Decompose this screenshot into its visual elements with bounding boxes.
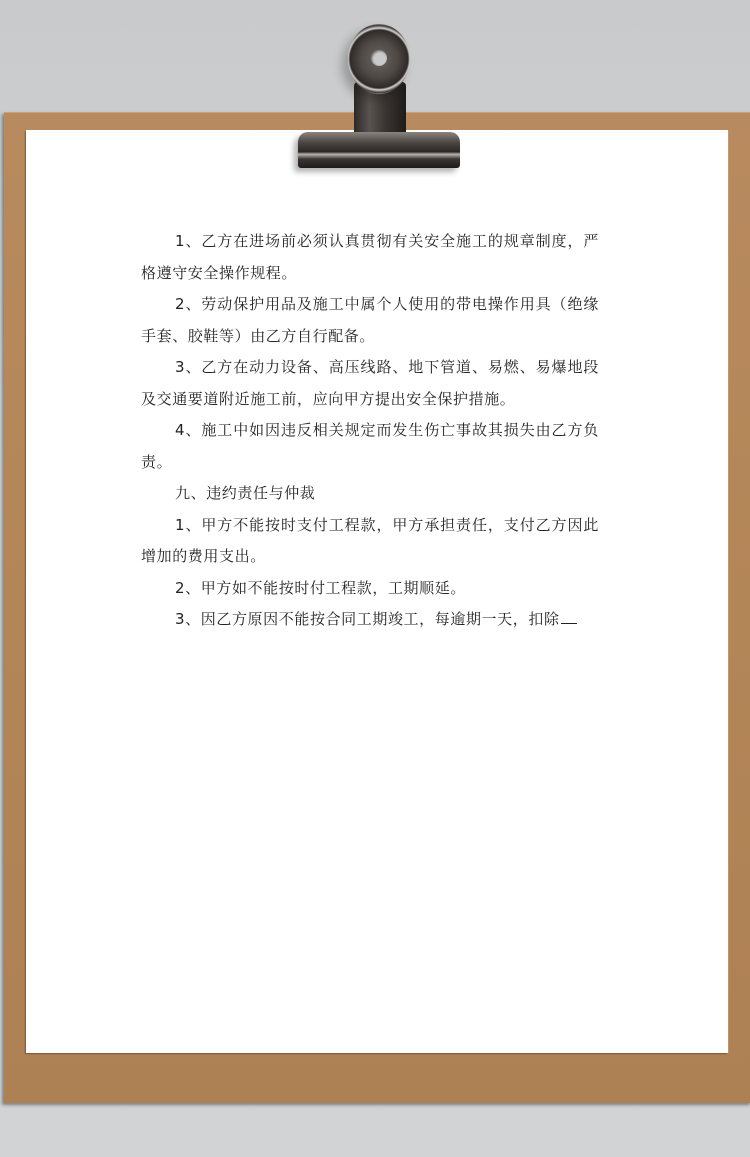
paragraph-safety-measures: 3、乙方在动力设备、高压线路、地下管道、易燃、易爆地段及交通要道附近施工前，应向… <box>141 352 599 415</box>
clip-hole <box>371 50 387 66</box>
paragraph-late-penalty: 3、因乙方原因不能按合同工期竣工，每逾期一天，扣除 <box>141 604 599 636</box>
blank-fill-line <box>561 609 577 624</box>
clip-base <box>298 132 460 168</box>
paragraph-accident-liability: 4、施工中如因违反相关规定而发生伤亡事故其损失由乙方负责。 <box>141 415 599 478</box>
paragraph-safety-rules: 1、乙方在进场前必须认真贯彻有关安全施工的规章制度，严格遵守安全操作规程。 <box>141 226 599 289</box>
document-body: 1、乙方在进场前必须认真贯彻有关安全施工的规章制度，严格遵守安全操作规程。 2、… <box>141 226 599 636</box>
late-penalty-text: 3、因乙方原因不能按合同工期竣工，每逾期一天，扣除 <box>175 610 560 628</box>
paragraph-payment-delay: 1、甲方不能按时支付工程款，甲方承担责任，支付乙方因此增加的费用支出。 <box>141 510 599 573</box>
paragraph-protective-gear: 2、劳动保护用品及施工中属个人使用的带电操作用具（绝缘手套、胶鞋等）由乙方自行配… <box>141 289 599 352</box>
paragraph-schedule-extension: 2、甲方如不能按时付工程款，工期顺延。 <box>141 573 599 605</box>
section-heading-breach-arbitration: 九、违约责任与仲裁 <box>141 478 599 510</box>
binder-clip-icon <box>296 22 462 172</box>
